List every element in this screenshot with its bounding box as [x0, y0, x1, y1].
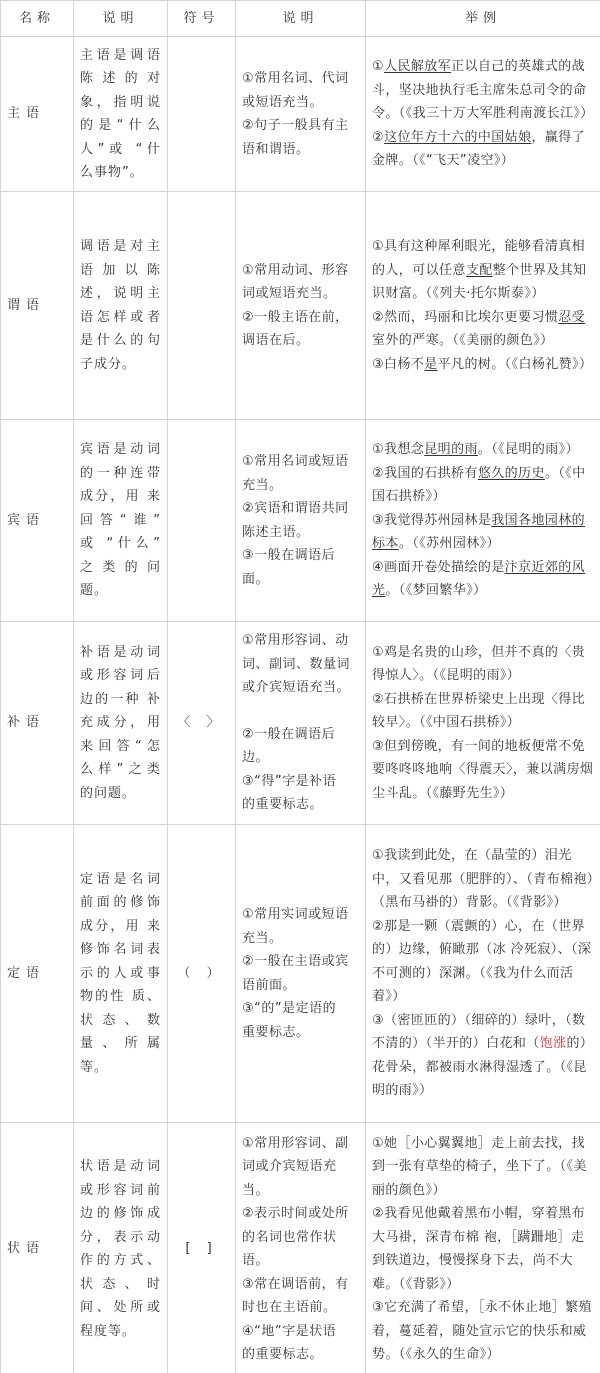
example-text: ②我国的石拱桥有 [372, 466, 478, 481]
example-text: ③白杨不 [372, 357, 424, 372]
component-examples: ①具有这种犀利眼光，能够看清真相的人，可以任意支配整个世界及其知识财富。（《列夫… [366, 192, 600, 420]
definition-line: 么事物”。 [80, 161, 161, 185]
usage-line: 的重要标志。 [242, 793, 359, 817]
header-usage: 说明 [236, 1, 366, 37]
component-usage: ①常用动词、形容词或短语充当。②一般主语在前，调语在后。 [236, 192, 366, 420]
table-row: 状语状语是动词或形容词前边的修饰成分，表示动作的方式、状 态 、 时间、处所或程… [1, 1123, 600, 1373]
example-item: ②然而，玛丽和比埃尔更要习惯忍受室外的严寒。（《美丽的颜色》） [372, 306, 594, 353]
underlined-component: 人民解放军 [384, 59, 451, 74]
component-name: 主语 [1, 37, 74, 192]
definition-line: 或 “什么” [80, 532, 161, 556]
example-text: ③它充满了希望，［永不休止地］繁殖着，蔓延着，随处宣示它的快乐和威势。（《永久的… [372, 1300, 592, 1362]
definition-line: 状 态 、 时 [80, 1273, 161, 1297]
usage-line: 或短语充当。 [242, 91, 359, 115]
definition-line: 之 类 的 问 [80, 556, 161, 580]
header-symbol: 符号 [168, 1, 236, 37]
definition-line: 象，指明说 [80, 91, 161, 115]
example-item: ①具有这种犀利眼光，能够看清真相的人，可以任意支配整个世界及其知识财富。（《列夫… [372, 235, 594, 306]
definition-line: 主语是调语 [80, 44, 161, 68]
highlighted-word: 饱涨 [540, 1036, 567, 1051]
component-usage: ①常用名词、代词或短语充当。②句子一般具有主语和谓语。 [236, 37, 366, 192]
usage-line: 语。 [242, 1249, 359, 1273]
definition-line: 的问题。 [80, 782, 161, 806]
underlined-component: 这位年方十六的中国姑娘 [384, 130, 531, 145]
example-text: ③我觉得苏州园林是 [372, 513, 491, 528]
usage-line: ②一般在主语或宾 [242, 950, 359, 974]
usage-line: 的重要标志。 [242, 1343, 359, 1367]
component-definition: 状语是动词或形容词前边的修饰成分，表示动作的方式、状 态 、 时间、处所或程度等… [74, 1123, 168, 1373]
component-examples: ①人民解放军正以自己的英雄式的战斗，坚决地执行毛主席朱总司令的命令。（《我三十万… [366, 37, 600, 192]
underlined-component: 支配 [466, 263, 493, 278]
example-item: ③（密匝匝的）（细碎的）绿叶，（数不清的）（半开的）白花和（饱涨的）花骨朵，都被… [372, 1009, 594, 1103]
definition-line: 作的方式、 [80, 1249, 161, 1273]
component-usage: ①常用形容词、动词、副词、数量词或介宾短语充当。②一般在调语后边。③“得”字是补… [236, 622, 366, 825]
example-text: ② [372, 130, 384, 145]
definition-line: 边的一种 补 [80, 688, 161, 712]
table-row: 定语定语是名词前面的修饰成分，用 来修饰名词表示的人或事物的性 质、状 态 、 … [1, 825, 600, 1123]
example-item: ①她［小心翼翼地］走上前去找，找到一张有草垫的椅子，坐下了。（《美丽的颜色》） [372, 1132, 594, 1203]
definition-line: 题。 [80, 579, 161, 603]
example-text: ①鸡是名贵的山珍，但并不真的〈贵得惊人〉。（《昆明的雨》） [372, 645, 585, 684]
definition-line: 或形容词后 [80, 664, 161, 688]
component-symbol: 〈 〉 [168, 622, 236, 825]
definition-line: 成分，用 来 [80, 915, 161, 939]
usage-line: 或介宾短语充当。 [242, 676, 359, 700]
usage-line: 调语在后。 [242, 329, 359, 353]
usage-line: 面。 [242, 568, 359, 592]
definition-line: 状 态 、 数 [80, 1009, 161, 1033]
usage-line: ①常用名词、代词 [242, 67, 359, 91]
header-explanation: 说明 [74, 1, 168, 37]
example-text: ②那是一颗（震颤的）心，在（世界的）边缘，俯瞰那（冰 冷死寂）、（深不可测的）深… [372, 919, 591, 1005]
example-item: ②这位年方十六的中国姑娘，赢得了金牌。（《“飞天”凌空》） [372, 126, 594, 173]
component-name: 补语 [1, 622, 74, 825]
component-name: 状语 [1, 1123, 74, 1373]
table-row: 宾语宾语是动词的一种连带成分，用 来回答“谁”或 “什么”之 类 的 问题。①常… [1, 420, 600, 622]
component-examples: ①她［小心翼翼地］走上前去找，找到一张有草垫的椅子，坐下了。（《美丽的颜色》）②… [366, 1123, 600, 1373]
example-item: ①人民解放军正以自己的英雄式的战斗，坚决地执行毛主席朱总司令的命令。（《我三十万… [372, 55, 594, 126]
example-text: 。（《梦回繁华》） [385, 583, 486, 598]
usage-line: ①常用动词、形容 [242, 259, 359, 283]
usage-line: 充当。 [242, 927, 359, 951]
definition-line: 状语是动词 [80, 1155, 161, 1179]
example-item: ③我觉得苏州园林是我国各地园林的标本。（《苏州园林》） [372, 509, 594, 556]
header-name: 名称 [1, 1, 74, 37]
usage-line: ③常在调语前，有 [242, 1273, 359, 1297]
definition-line: 修饰名词表 [80, 938, 161, 962]
underlined-component: 是 [424, 357, 437, 372]
example-text: 。（《昆明的雨》） [478, 442, 579, 457]
component-usage: ①常用实词或短语充当。②一般在主语或宾语前面。③“的”是定语的重要标志。 [236, 825, 366, 1123]
usage-line: ②表示时间或处所 [242, 1202, 359, 1226]
table-row: 补语补语是动词或形容词后边的一种 补充成分，用来回答“怎么样”之类的问题。〈 〉… [1, 622, 600, 825]
example-text: ④画面开卷处描绘的是 [372, 560, 505, 575]
header-examples: 举例 [366, 1, 600, 37]
definition-line: 子成分。 [80, 353, 161, 377]
definition-line: 成分，用 来 [80, 485, 161, 509]
definition-line: 述，说明主 [80, 282, 161, 306]
component-name: 定语 [1, 825, 74, 1123]
component-symbol [168, 420, 236, 622]
component-examples: ①我读到此处，在（晶莹的）泪光中，又看见那（肥胖的）、（青布棉袍）（黑布马褂的）… [366, 825, 600, 1123]
example-item: ①我读到此处，在（晶莹的）泪光中，又看见那（肥胖的）、（青布棉袍）（黑布马褂的）… [372, 844, 594, 915]
usage-line: ①常用名词或短语 [242, 450, 359, 474]
definition-line: 回答“谁” [80, 509, 161, 533]
definition-line: 的一种连带 [80, 462, 161, 486]
definition-line: 或形容词前 [80, 1179, 161, 1203]
definition-line: 分，表示动 [80, 1226, 161, 1250]
usage-line: 词或介宾短语充 [242, 1155, 359, 1179]
example-item: ①鸡是名贵的山珍，但并不真的〈贵得惊人〉。（《昆明的雨》） [372, 641, 594, 688]
example-text: 。（《苏州园林》） [399, 536, 500, 551]
component-definition: 主语是调语陈 述 的 对象，指明说的是“什么人”或 “什么事物”。 [74, 37, 168, 192]
usage-line: ③一般在调语后 [242, 544, 359, 568]
table-header-row: 名称 说明 符号 说明 举例 [1, 1, 600, 37]
component-definition: 调语是对主语 加 以 陈述，说明主语怎样或者是什么的句子成分。 [74, 192, 168, 420]
definition-line: 宾语是动词 [80, 438, 161, 462]
definition-line: 么样”之类 [80, 758, 161, 782]
definition-line: 边的修饰成 [80, 1202, 161, 1226]
component-examples: ①鸡是名贵的山珍，但并不真的〈贵得惊人〉。（《昆明的雨》）②石拱桥在世界桥梁史上… [366, 622, 600, 825]
example-item: ③但到傍晚，有一间的地板便常不免要咚咚咚地响〈得震天〉，兼以满房烟尘斗乱。（《藤… [372, 735, 594, 806]
example-text: ① [372, 59, 384, 74]
component-usage: ①常用形容词、副词或介宾短语充当。②表示时间或处所的名词也常作状语。③常在调语前… [236, 1123, 366, 1373]
usage-line: ②句子一般具有主 [242, 114, 359, 138]
usage-line: ③“得”字是补语 [242, 770, 359, 794]
definition-line: 语 加 以 陈 [80, 259, 161, 283]
definition-line: 补语是动词 [80, 641, 161, 665]
definition-line: 前面的修饰 [80, 891, 161, 915]
example-item: ③白杨不是平凡的树。（《白杨礼赞》） [372, 353, 594, 377]
definition-line: 间、处所或 [80, 1296, 161, 1320]
usage-line: ②宾语和谓语共同 [242, 497, 359, 521]
example-item: ①我想念昆明的雨。（《昆明的雨》） [372, 438, 594, 462]
component-name: 谓语 [1, 192, 74, 420]
definition-line: 充成分，用 [80, 711, 161, 735]
example-item: ③它充满了希望，［永不休止地］繁殖着，蔓延着，随处宣示它的快乐和威势。（《永久的… [372, 1296, 594, 1367]
definition-line: 量 、 所 属 [80, 1032, 161, 1056]
table-row: 主语主语是调语陈 述 的 对象，指明说的是“什么人”或 “什么事物”。①常用名词… [1, 37, 600, 192]
definition-line: 调语是对主 [80, 235, 161, 259]
component-definition: 宾语是动词的一种连带成分，用 来回答“谁”或 “什么”之 类 的 问题。 [74, 420, 168, 622]
example-text: 室外的严寒。（《美丽的颜色》） [372, 333, 554, 348]
component-definition: 定语是名词前面的修饰成分，用 来修饰名词表示的人或事物的性 质、状 态 、 数量… [74, 825, 168, 1123]
example-item: ②石拱桥在世界桥梁史上出现〈得比较早〉。（《中国石拱桥》） [372, 688, 594, 735]
component-symbol: （ ） [168, 825, 236, 1123]
component-definition: 补语是动词或形容词后边的一种 补充成分，用来回答“怎么样”之类的问题。 [74, 622, 168, 825]
example-text: ②石拱桥在世界桥梁史上出现〈得比较早〉。（《中国石拱桥》） [372, 692, 585, 731]
usage-line: 词、副词、数量词 [242, 653, 359, 677]
example-text: ①我想念 [372, 442, 424, 457]
component-examples: ①我想念昆明的雨。（《昆明的雨》）②我国的石拱桥有悠久的历史。（《中国石拱桥》）… [366, 420, 600, 622]
definition-line: 陈 述 的 对 [80, 67, 161, 91]
usage-line: 语前面。 [242, 974, 359, 998]
component-symbol [168, 37, 236, 192]
usage-line [242, 700, 359, 723]
definition-line: 是什么的句 [80, 329, 161, 353]
example-text: ②我看见他戴着黑布小帽，穿着黑布大马褂，深青布棉 袍，［蹒跚地］走到铁道边，慢慢… [372, 1206, 585, 1292]
definition-line: 语怎样或者 [80, 306, 161, 330]
example-item: ②我国的石拱桥有悠久的历史。（《中国石拱桥》） [372, 462, 594, 509]
definition-line: 定语是名词 [80, 868, 161, 892]
example-text: ①我读到此处，在（晶莹的）泪光中，又看见那（肥胖的）、（青布棉袍）（黑布马褂的）… [372, 848, 594, 910]
component-symbol [168, 192, 236, 420]
usage-line: ③“的”是定语的 [242, 997, 359, 1021]
usage-line: ①常用形容词、动 [242, 629, 359, 653]
component-name: 宾语 [1, 420, 74, 622]
usage-line: ②一般主语在前， [242, 306, 359, 330]
component-symbol: [ ] [168, 1123, 236, 1373]
underlined-component: 悠久的历史 [478, 466, 545, 481]
example-text: 平凡的树。（《白杨礼赞》） [438, 357, 593, 372]
definition-line: 示的人或事 [80, 962, 161, 986]
definition-line: 程度等。 [80, 1320, 161, 1344]
example-text: ①她［小心翼翼地］走上前去找，找到一张有草垫的椅子，坐下了。（《美丽的颜色》） [372, 1136, 587, 1198]
usage-line: 充当。 [242, 474, 359, 498]
grammar-table: 名称 说明 符号 说明 举例 主语主语是调语陈 述 的 对象，指明说的是“什么人… [0, 0, 600, 1373]
underlined-component: 昆明的雨 [424, 442, 478, 457]
table-row: 谓语调语是对主语 加 以 陈述，说明主语怎样或者是什么的句子成分。①常用动词、形… [1, 192, 600, 420]
usage-line: 陈述主语。 [242, 521, 359, 545]
usage-line: 当。 [242, 1179, 359, 1203]
usage-line: 的名词也常作状 [242, 1226, 359, 1250]
definition-line: 人”或 “什 [80, 138, 161, 162]
definition-line: 的是“什么 [80, 114, 161, 138]
usage-line: 时也在主语前。 [242, 1296, 359, 1320]
example-item: ②那是一颗（震颤的）心，在（世界的）边缘，俯瞰那（冰 冷死寂）、（深不可测的）深… [372, 915, 594, 1009]
definition-line: 来回答“怎 [80, 735, 161, 759]
example-item: ②我看见他戴着黑布小帽，穿着黑布大马褂，深青布棉 袍，［蹒跚地］走到铁道边，慢慢… [372, 1202, 594, 1296]
component-usage: ①常用名词或短语充当。②宾语和谓语共同陈述主语。③一般在调语后面。 [236, 420, 366, 622]
example-text: ③但到傍晚，有一间的地板便常不免要咚咚咚地响〈得震天〉，兼以满房烟尘斗乱。（《藤… [372, 739, 593, 801]
usage-line: ①常用形容词、副 [242, 1132, 359, 1156]
example-text: ②然而，玛丽和比埃尔更要习惯 [372, 310, 558, 325]
usage-line: 重要标志。 [242, 1021, 359, 1045]
usage-line: ①常用实词或短语 [242, 903, 359, 927]
definition-line: 等。 [80, 1056, 161, 1080]
usage-line: ②一般在调语后 [242, 723, 359, 747]
definition-line: 物的性 质、 [80, 985, 161, 1009]
usage-line: 词或短语充当。 [242, 282, 359, 306]
example-item: ④画面开卷处描绘的是汴京近郊的风光。（《梦回繁华》） [372, 556, 594, 603]
usage-line: 边。 [242, 746, 359, 770]
usage-line: ④“地”字是状语 [242, 1320, 359, 1344]
usage-line: 语和谓语。 [242, 138, 359, 162]
underlined-component: 忍受 [558, 310, 585, 325]
